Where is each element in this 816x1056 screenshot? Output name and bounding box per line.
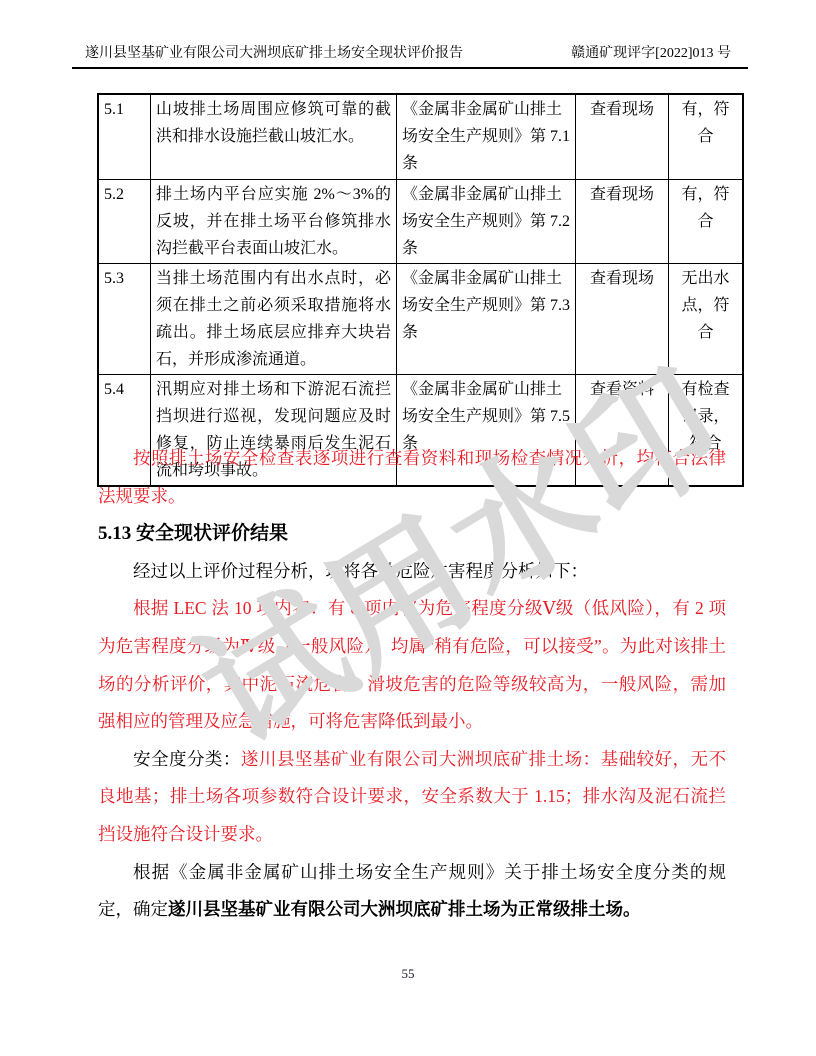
para-final-determination-text: 遂川县坚基矿业有限公司大洲坝底矿排土场为正常级排土场。	[168, 899, 641, 919]
para-lec-analysis-text: 根据 LEC 法 10 项内容：有 8 项内容为危害程度分级Ⅴ级（低风险），有 …	[98, 598, 726, 731]
cell-result: 有，符合	[669, 94, 744, 180]
cell-basis: 《金属非金属矿山排土场安全生产规则》第 7.1 条	[397, 94, 576, 180]
header-report-title: 遂川县坚基矿业有限公司大洲坝底矿排土场安全现状评价报告	[85, 45, 463, 63]
safety-checklist-table: 5.1山坡排土场周围应修筑可靠的截洪和排水设施拦截山坡汇水。《金属非金属矿山排土…	[97, 93, 744, 487]
body-content: 按照排土场安全检查表逐项进行查看资料和现场检查情况分析，均符合法律法规要求。5.…	[98, 440, 726, 929]
cell-method: 查看现场	[576, 180, 669, 264]
cell-basis: 《金属非金属矿山排土场安全生产规则》第 7.3 条	[397, 264, 576, 375]
para-lec-analysis: 根据 LEC 法 10 项内容：有 8 项内容为危害程度分级Ⅴ级（低风险），有 …	[98, 590, 726, 740]
para-evaluation-intro-text: 经过以上评价过程分析，现将各种危险危害程度分析如下：	[133, 561, 588, 581]
page-footer: 55	[0, 966, 816, 982]
cell-result: 有，符合	[669, 180, 744, 264]
cell-no: 5.1	[98, 94, 151, 180]
checklist-row-5.2: 5.2排土场内平台应实施 2%～3%的反坡，并在排土场平台修筑排水沟拦截平台表面…	[98, 180, 743, 264]
para-final-determination: 根据《金属非金属矿山排土场安全生产规则》关于排土场安全度分类的规定，确定遂川县坚…	[98, 854, 726, 929]
para-evaluation-intro: 经过以上评价过程分析，现将各种危险危害程度分析如下：	[98, 553, 726, 591]
cell-item: 排土场内平台应实施 2%～3%的反坡，并在排土场平台修筑排水沟拦截平台表面山坡汇…	[151, 180, 397, 264]
cell-item: 山坡排土场周围应修筑可靠的截洪和排水设施拦截山坡汇水。	[151, 94, 397, 180]
header-divider	[72, 67, 748, 69]
checklist-row-5.3: 5.3当排土场范围内有出水点时，必须在排土之前必须采取措施将水疏出。排土场底层应…	[98, 264, 743, 375]
para-checklist-conclusion: 按照排土场安全检查表逐项进行查看资料和现场检查情况分析，均符合法律法规要求。	[98, 440, 726, 515]
header-document-number: 赣通矿现评字[2022]013 号	[571, 45, 731, 63]
cell-method: 查看现场	[576, 264, 669, 375]
cell-method: 查看现场	[576, 94, 669, 180]
para-safety-classification-text: 安全度分类：	[133, 749, 241, 769]
para-checklist-conclusion-text: 按照排土场安全检查表逐项进行查看资料和现场检查情况分析，均符合法律法规要求。	[98, 448, 726, 506]
page-header: 遂川县坚基矿业有限公司大洲坝底矿排土场安全现状评价报告 赣通矿现评字[2022]…	[85, 45, 731, 63]
cell-no: 5.2	[98, 180, 151, 264]
cell-no: 5.3	[98, 264, 151, 375]
checklist-row-5.1: 5.1山坡排土场周围应修筑可靠的截洪和排水设施拦截山坡汇水。《金属非金属矿山排土…	[98, 94, 743, 180]
document-page: 遂川县坚基矿业有限公司大洲坝底矿排土场安全现状评价报告 赣通矿现评字[2022]…	[0, 0, 816, 1056]
section-heading-5-13-text: 5.13 安全现状评价结果	[98, 523, 288, 544]
section-heading-5-13: 5.13 安全现状评价结果	[98, 515, 726, 553]
cell-basis: 《金属非金属矿山排土场安全生产规则》第 7.2 条	[397, 180, 576, 264]
cell-result: 无出水点，符合	[669, 264, 744, 375]
para-safety-classification: 安全度分类：遂川县坚基矿业有限公司大洲坝底矿排土场：基础较好，无不良地基；排土场…	[98, 741, 726, 854]
cell-item: 当排土场范围内有出水点时，必须在排土之前必须采取措施将水疏出。排土场底层应排弃大…	[151, 264, 397, 375]
page-number: 55	[402, 966, 415, 981]
